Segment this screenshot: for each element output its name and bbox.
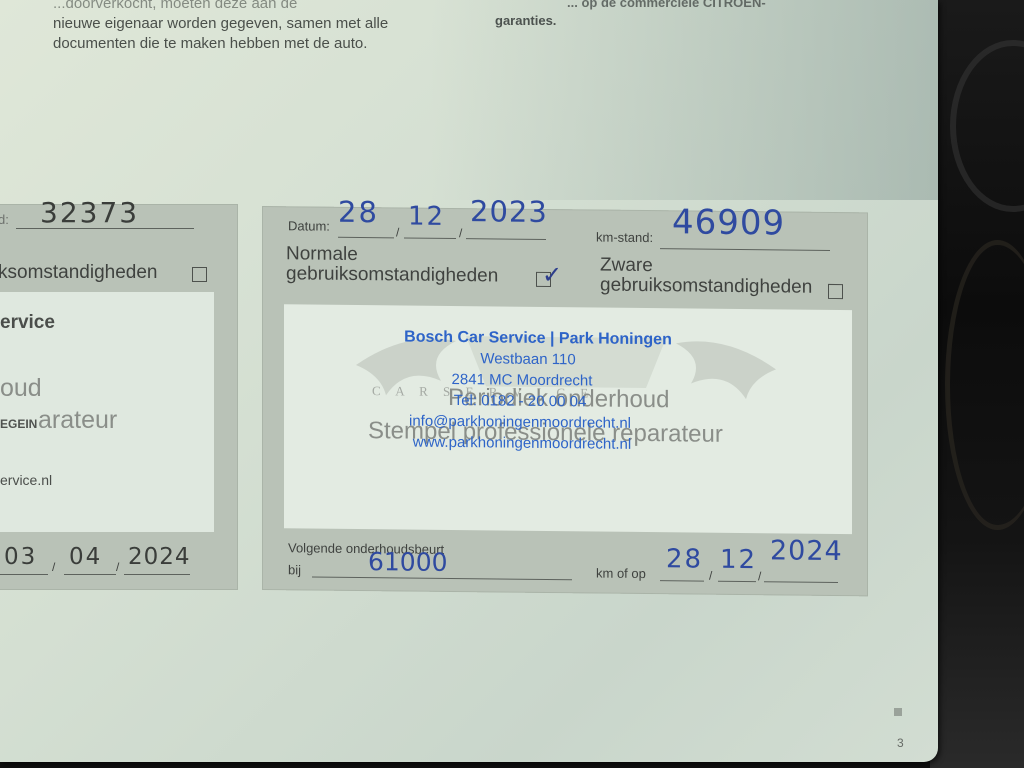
dealer-stamp: Bosch Car Service | Park Honingen Westba…: [284, 326, 852, 457]
date-separator: /: [396, 225, 399, 239]
normal-conditions-line-1: Normale: [286, 243, 358, 265]
warranty-line-1: ... op de commerciële CITROËN-: [495, 0, 766, 12]
bij-label: bij: [288, 562, 301, 577]
normal-conditions-label: Normale gebruiksomstandigheden: [286, 244, 498, 286]
date-day-rule: [0, 574, 48, 575]
date-year-handwritten[interactable]: 2024: [128, 544, 191, 570]
intro-line-3: documenten die te maken hebben met de au…: [53, 34, 388, 54]
date-month-handwritten[interactable]: 04: [69, 544, 102, 570]
date-month-rule: [64, 574, 116, 575]
km-of-op-label: km of op: [596, 565, 646, 581]
normal-conditions-line-2: gebruiksomstandigheden: [286, 263, 498, 286]
km-value-handwritten[interactable]: 46909: [672, 202, 785, 243]
stamp-city-fragment: EGEIN: [0, 417, 37, 431]
next-date-month-rule: [718, 581, 756, 582]
km-label-fragment: d:: [0, 212, 9, 227]
date-day-handwritten[interactable]: 03: [4, 544, 37, 570]
page-number: 3: [897, 736, 904, 750]
date-year-handwritten[interactable]: 2023: [470, 194, 548, 229]
date-separator: /: [758, 569, 761, 583]
date-year-rule: [466, 238, 546, 240]
warranty-paragraph: ... op de commerciële CITROËN- garanties…: [495, 0, 766, 30]
date-day-handwritten[interactable]: 28: [338, 195, 379, 229]
service-entry-previous: d: 32373 ksomstandigheden ervice oud EGE…: [0, 204, 238, 590]
next-date-year-rule: [764, 581, 838, 583]
date-separator: /: [459, 226, 462, 240]
date-day-rule: [338, 237, 394, 239]
heavy-conditions-line-1: Zware: [600, 255, 653, 277]
service-entry-current: Datum: 28 / 12 / 2023 Normale gebruiksom…: [262, 206, 868, 596]
conditions-label: ksomstandigheden: [0, 262, 158, 284]
date-year-rule: [124, 574, 190, 575]
next-date-day-handwritten[interactable]: 28: [666, 544, 703, 574]
stamp-name-fragment: ervice: [0, 312, 55, 334]
next-date-year-handwritten[interactable]: 2024: [770, 535, 843, 567]
service-booklet-page: ...doorverkocht, moeten deze aan de nieu…: [0, 0, 938, 762]
km-value-handwritten[interactable]: 32373: [40, 196, 139, 229]
page-marker: [894, 708, 902, 716]
next-date-month-handwritten[interactable]: 12: [720, 545, 757, 575]
heavy-conditions-line-2: gebruiksomstandigheden: [600, 275, 812, 298]
intro-paragraph: ...doorverkocht, moeten deze aan de nieu…: [53, 0, 388, 54]
km-stand-label: km-stand:: [596, 229, 653, 245]
stamp-area: C A R S E R V I C E Periodiek onderhoud …: [284, 304, 852, 534]
date-separator: /: [709, 569, 712, 583]
print-title-fragment: oud: [0, 374, 42, 403]
km-rule: [660, 248, 830, 251]
datum-label: Datum:: [288, 218, 330, 233]
date-separator: /: [52, 560, 55, 574]
intro-line-1: ...doorverkocht, moeten deze aan de: [53, 0, 388, 14]
print-subtitle-fragment: arateur: [38, 406, 117, 435]
next-km-handwritten[interactable]: 61000: [368, 547, 448, 577]
date-separator: /: [116, 560, 119, 574]
conditions-checkbox[interactable]: [192, 267, 207, 282]
date-month-handwritten[interactable]: 12: [408, 202, 445, 232]
date-month-rule: [404, 237, 456, 239]
warranty-line-2: garanties.: [495, 13, 556, 28]
intro-line-2: nieuwe eigenaar worden gegeven, samen me…: [53, 14, 388, 34]
checkmark-icon: ✓: [542, 261, 562, 289]
next-date-day-rule: [660, 580, 704, 581]
heavy-conditions-label: Zware gebruiksomstandigheden: [600, 256, 812, 298]
stamp-area: ervice oud EGEIN arateur ervice.nl: [0, 292, 214, 532]
heavy-conditions-checkbox[interactable]: [828, 284, 843, 299]
next-km-rule: [312, 577, 572, 581]
stamp-web-fragment: ervice.nl: [0, 472, 52, 488]
